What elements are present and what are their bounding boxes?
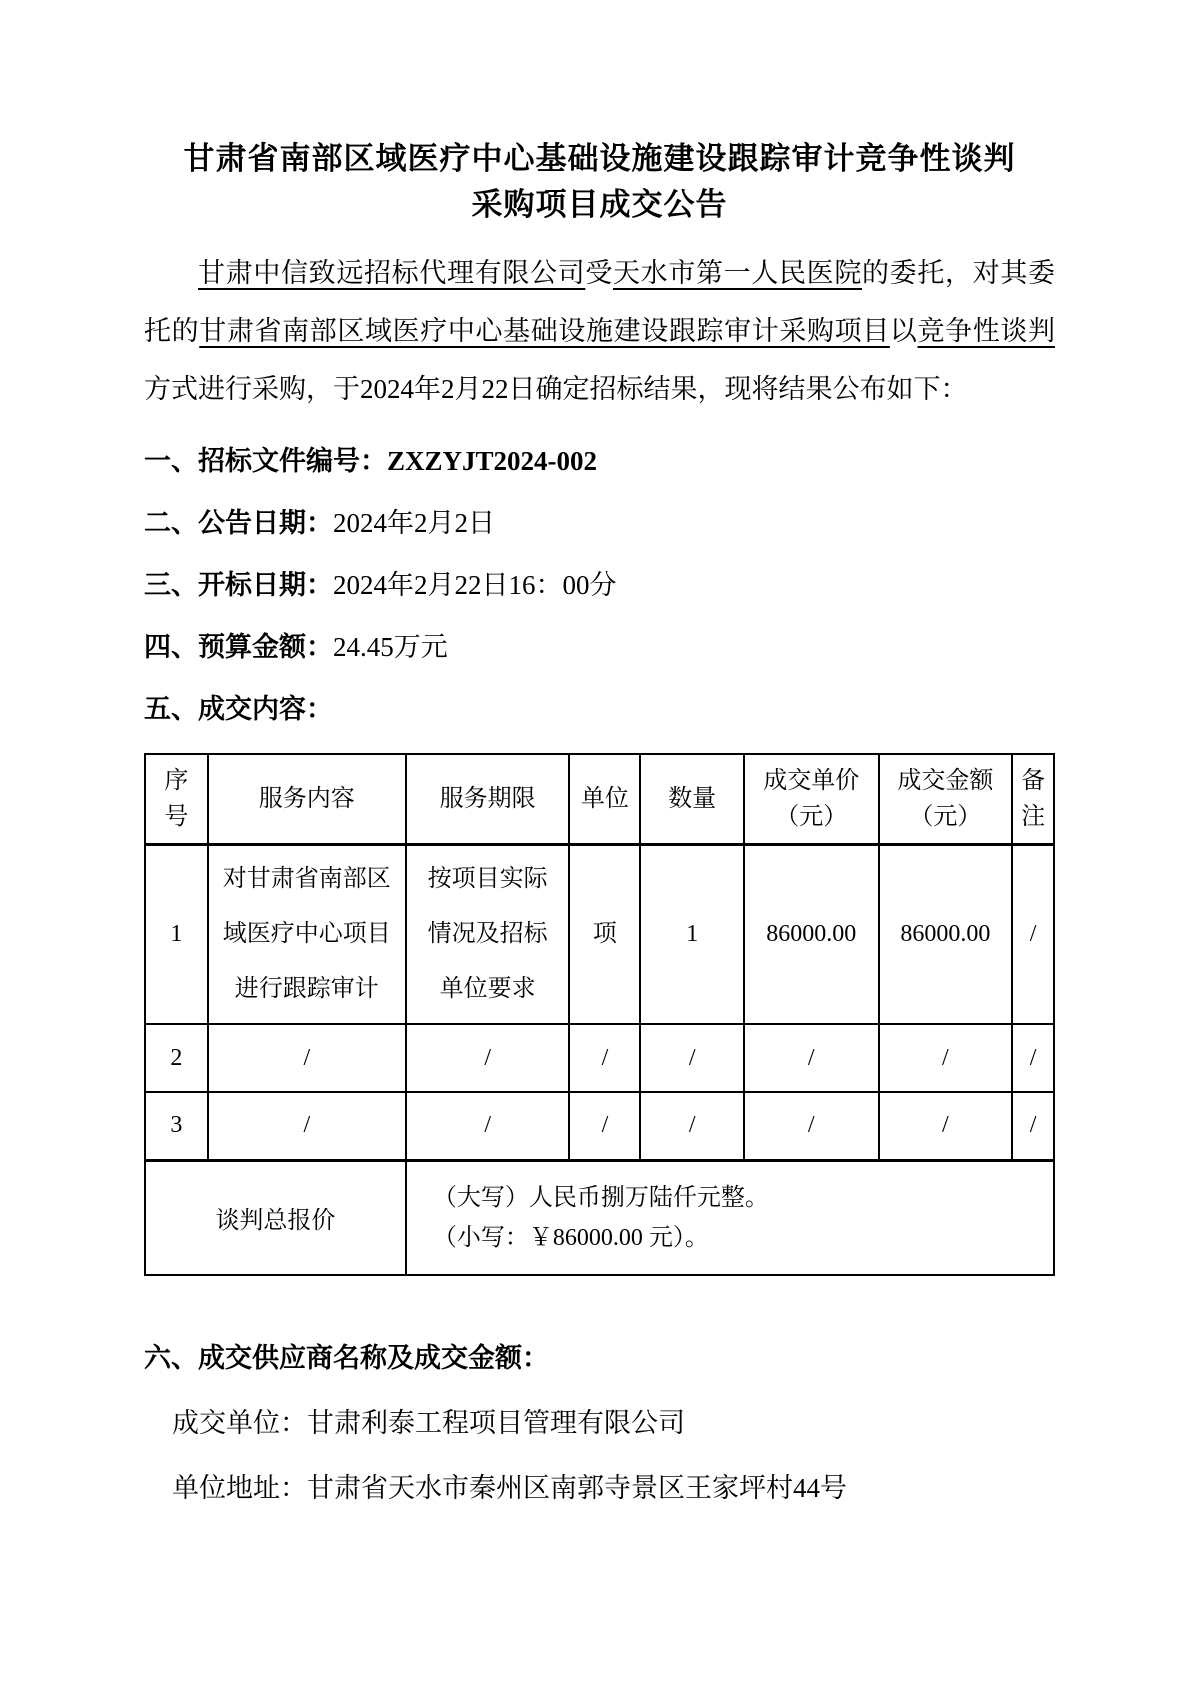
section-heading-1: 一、招标文件编号：ZXZYJT2024-002 — [144, 443, 1055, 480]
table-header-cell: 成交金额 （元） — [879, 754, 1013, 844]
table-header-cell: 成交单价 （元） — [744, 754, 879, 844]
intro-segment: 甘肃省南部区域医疗中心基础设施建设跟踪审计采购项目 — [199, 316, 890, 346]
intro-segment: 天水市第一人民医院 — [613, 258, 862, 288]
section-label: 一、招标文件编号： — [144, 446, 387, 476]
total-label-cell: 谈判总报价 — [145, 1160, 406, 1275]
section-value: 24.45万元 — [333, 632, 448, 662]
table-cell: / — [406, 1024, 570, 1092]
supplier-section-heading: 六、成交供应商名称及成交金额： — [144, 1340, 1055, 1377]
section-heading-5: 五、成交内容： — [144, 691, 1055, 728]
table-cell: 1 — [640, 844, 744, 1024]
supplier-line: 成交单位：甘肃利泰工程项目管理有限公司 — [144, 1405, 1055, 1442]
table-cell: 2 — [145, 1024, 208, 1092]
table-cell: 3 — [145, 1092, 208, 1160]
table-row: 1对甘肃省南部区 域医疗中心项目 进行跟踪审计按项目实际 情况及招标 单位要求项… — [145, 844, 1054, 1024]
table-cell: / — [640, 1092, 744, 1160]
table-row: 3/////// — [145, 1092, 1054, 1160]
document-title-line2: 采购项目成交公告 — [144, 182, 1055, 228]
section-label: 二、公告日期： — [144, 508, 333, 538]
table-cell: / — [879, 1092, 1013, 1160]
supplier-lines: 成交单位：甘肃利泰工程项目管理有限公司单位地址：甘肃省天水市秦州区南郭寺景区王家… — [144, 1405, 1055, 1507]
table-cell: 86000.00 — [879, 844, 1013, 1024]
table-cell: / — [744, 1092, 879, 1160]
table-header-cell: 服务内容 — [208, 754, 406, 844]
table-cell: 项 — [569, 844, 640, 1024]
document-page: 甘肃省南部区域医疗中心基础设施建设跟踪审计竞争性谈判 采购项目成交公告 甘肃中信… — [0, 0, 1191, 1684]
table-header-cell: 单位 — [569, 754, 640, 844]
table-header-cell: 服务期限 — [406, 754, 570, 844]
section-heading-2: 二、公告日期：2024年2月2日 — [144, 505, 1055, 542]
section-value: ZXZYJT2024-002 — [387, 446, 597, 476]
table-cell: / — [640, 1024, 744, 1092]
table-cell: / — [1012, 1092, 1054, 1160]
table-cell: 按项目实际 情况及招标 单位要求 — [406, 844, 570, 1024]
section-label: 四、预算金额： — [144, 632, 333, 662]
intro-segment: 受 — [585, 258, 613, 288]
award-table: 序 号服务内容服务期限单位数量成交单价 （元）成交金额 （元）备 注 1对甘肃省… — [144, 753, 1055, 1276]
document-title-line1: 甘肃省南部区域医疗中心基础设施建设跟踪审计竞争性谈判 — [144, 136, 1055, 182]
section-label: 五、成交内容： — [144, 694, 333, 724]
table-cell: 对甘肃省南部区 域医疗中心项目 进行跟踪审计 — [208, 844, 406, 1024]
section-heading-3: 三、开标日期：2024年2月22日16：00分 — [144, 567, 1055, 604]
award-table-head: 序 号服务内容服务期限单位数量成交单价 （元）成交金额 （元）备 注 — [145, 754, 1054, 844]
table-header-cell: 序 号 — [145, 754, 208, 844]
intro-segment: 竞争性谈判 — [918, 316, 1056, 346]
total-row: 谈判总报价（大写）人民币捌万陆仟元整。 （小写：￥86000.00 元）。 — [145, 1160, 1054, 1275]
total-value-cell: （大写）人民币捌万陆仟元整。 （小写：￥86000.00 元）。 — [406, 1160, 1054, 1275]
section-heading-4: 四、预算金额：24.45万元 — [144, 629, 1055, 666]
table-cell: / — [569, 1024, 640, 1092]
table-cell: / — [744, 1024, 879, 1092]
table-cell: / — [1012, 1024, 1054, 1092]
intro-segment: 方式进行采购，于2024年2月22日确定招标结果，现将结果公布如下： — [144, 374, 968, 404]
section-value: 2024年2月2日 — [333, 508, 495, 538]
table-cell: 86000.00 — [744, 844, 879, 1024]
table-cell: / — [879, 1024, 1013, 1092]
intro-segment: 以 — [890, 316, 918, 346]
supplier-line: 单位地址：甘肃省天水市秦州区南郭寺景区王家坪村44号 — [144, 1470, 1055, 1507]
table-cell: / — [208, 1092, 406, 1160]
table-row: 2/////// — [145, 1024, 1054, 1092]
intro-segment: 甘肃中信致远招标代理有限公司 — [198, 258, 585, 288]
intro-paragraph: 甘肃中信致远招标代理有限公司受天水市第一人民医院的委托，对其委托的甘肃省南部区域… — [144, 244, 1055, 418]
table-header-cell: 数量 — [640, 754, 744, 844]
table-header-cell: 备 注 — [1012, 754, 1054, 844]
section-value: 2024年2月22日16：00分 — [333, 570, 617, 600]
table-cell: / — [1012, 844, 1054, 1024]
table-cell: / — [569, 1092, 640, 1160]
table-header-row: 序 号服务内容服务期限单位数量成交单价 （元）成交金额 （元）备 注 — [145, 754, 1054, 844]
table-cell: 1 — [145, 844, 208, 1024]
section-label: 三、开标日期： — [144, 570, 333, 600]
section-heading-list: 一、招标文件编号：ZXZYJT2024-002二、公告日期：2024年2月2日三… — [144, 443, 1055, 728]
award-table-body: 1对甘肃省南部区 域医疗中心项目 进行跟踪审计按项目实际 情况及招标 单位要求项… — [145, 844, 1054, 1275]
table-cell: / — [406, 1092, 570, 1160]
table-cell: / — [208, 1024, 406, 1092]
